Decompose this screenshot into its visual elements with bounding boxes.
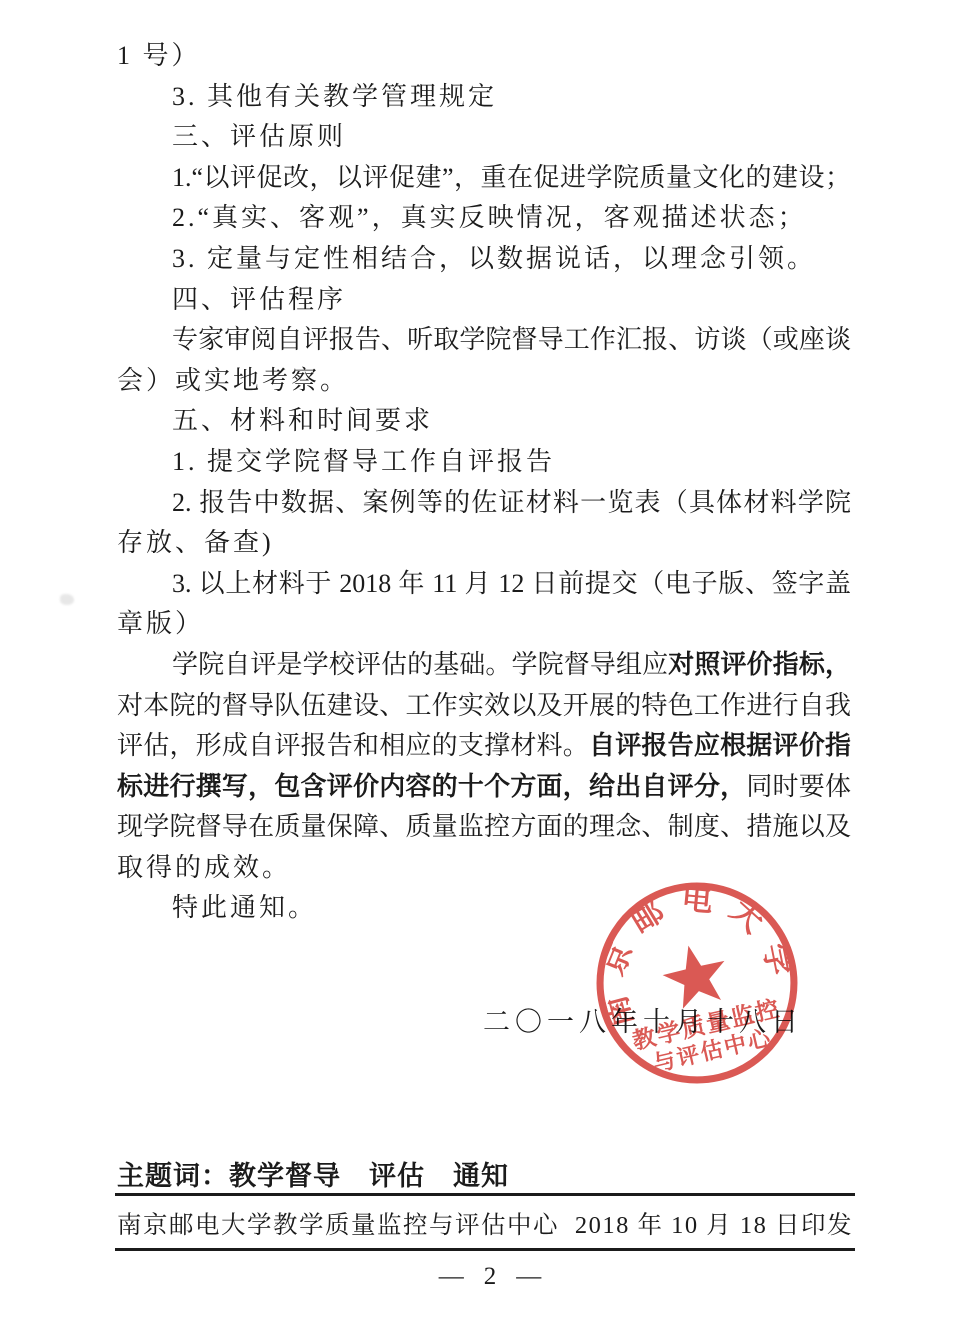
document-line: 章版） [117, 604, 851, 645]
text-segment: 2. 报告中数据、案例等的佐证材料一览表（具体材料学院 [172, 488, 851, 517]
scanned-document-page: 1 号）3. 其他有关教学管理规定三、评估原则1.“以评促改，以评促建”，重在促… [0, 0, 980, 1338]
page-number: —2— [0, 1262, 980, 1292]
document-line: 对本院的督导队伍建设、工作实效以及开展的特色工作进行自我 [117, 686, 851, 727]
text-segment: 章版） [117, 609, 204, 638]
document-line: 五、材料和时间要求 [117, 401, 851, 442]
text-segment: 对本院的督导队伍建设、工作实效以及开展的特色工作进行自我 [117, 691, 851, 720]
document-line: 2. 报告中数据、案例等的佐证材料一览表（具体材料学院 [117, 483, 851, 524]
document-line: 四、评估程序 [117, 280, 851, 321]
text-segment: 会）或实地考察。 [117, 366, 349, 395]
issuer-name: 南京邮电大学教学质量监控与评估中心 [117, 1210, 559, 1242]
page-number-dash-left: — [439, 1263, 464, 1290]
document-line: 3. 其他有关教学管理规定 [117, 77, 851, 118]
text-segment: 四、评估程序 [172, 285, 346, 314]
document-line: 标进行撰写，包含评价内容的十个方面，给出自评分，同时要体 [117, 767, 851, 808]
bold-text-segment: 标进行撰写，包含评价内容的十个方面，给出自评分， [117, 772, 746, 801]
text-segment: 3. 其他有关教学管理规定 [172, 82, 497, 111]
print-date: 2018 年 10 月 18 日印发 [575, 1210, 853, 1242]
document-line: 3. 定量与定性相结合，以数据说话，以理念引领。 [117, 239, 851, 280]
bold-text-segment: 对照评价指标， [668, 650, 851, 679]
keywords-row: 主题词：教学督导 评估 通知 [117, 1160, 852, 1192]
text-segment: 1. 提交学院督导工作自评报告 [172, 447, 555, 476]
document-line: 1. 提交学院督导工作自评报告 [117, 442, 851, 483]
document-line: 1.“以评促改，以评促建”，重在促进学院质量文化的建设； [117, 158, 851, 199]
text-segment: 2.“真实、客观”，真实反映情况，客观描述状态； [172, 203, 807, 232]
text-segment: 3. 定量与定性相结合，以数据说话，以理念引领。 [172, 244, 816, 273]
keywords-value: 教学督导 评估 通知 [229, 1161, 509, 1191]
text-segment: 1 号） [117, 41, 201, 70]
bold-text-segment: 自评报告应根据评价指 [589, 731, 851, 760]
page-number-value: 2 [484, 1263, 497, 1290]
text-segment: 学院自评是学校评估的基础。学院督导组应 [172, 650, 668, 679]
text-segment: 同时要体 [746, 772, 851, 801]
scan-smudge [60, 594, 74, 605]
footer-divider-top [115, 1193, 855, 1196]
text-segment: 3. 以上材料于 2018 年 11 月 12 日前提交（电子版、签字盖 [172, 569, 851, 598]
text-segment: 五、材料和时间要求 [172, 406, 433, 435]
footer-divider-bottom [115, 1248, 855, 1251]
document-line: 评估，形成自评报告和相应的支撑材料。自评报告应根据评价指 [117, 726, 851, 767]
document-line: 会）或实地考察。 [117, 361, 851, 402]
document-line: 2.“真实、客观”，真实反映情况，客观描述状态； [117, 198, 851, 239]
document-lines: 1 号）3. 其他有关教学管理规定三、评估原则1.“以评促改，以评促建”，重在促… [117, 36, 851, 929]
text-segment: 现学院督导在质量保障、质量监控方面的理念、制度、措施以及 [117, 812, 851, 841]
text-segment: 存放、备查) [117, 528, 274, 557]
issuer-row: 南京邮电大学教学质量监控与评估中心 2018 年 10 月 18 日印发 [117, 1210, 853, 1242]
signature-date: 二〇一八年十月十八日 [117, 1001, 851, 1043]
document-line: 存放、备查) [117, 523, 851, 564]
document-line: 三、评估原则 [117, 117, 851, 158]
text-segment: 评估，形成自评报告和相应的支撑材料。 [117, 731, 589, 760]
page-number-dash-right: — [516, 1263, 541, 1290]
document-body: 1 号）3. 其他有关教学管理规定三、评估原则1.“以评促改，以评促建”，重在促… [117, 36, 851, 1043]
text-segment: 1.“以评促改，以评促建”，重在促进学院质量文化的建设； [172, 163, 851, 192]
document-line: 取得的成效。 [117, 848, 851, 889]
text-segment: 三、评估原则 [172, 122, 346, 151]
document-line: 现学院督导在质量保障、质量监控方面的理念、制度、措施以及 [117, 807, 851, 848]
document-line: 特此通知。 [117, 888, 851, 929]
document-line: 3. 以上材料于 2018 年 11 月 12 日前提交（电子版、签字盖 [117, 564, 851, 605]
text-segment: 特此通知。 [172, 893, 317, 922]
keywords-label: 主题词： [117, 1161, 229, 1191]
text-segment: 专家审阅自评报告、听取学院督导工作汇报、访谈（或座谈 [172, 325, 851, 354]
document-line: 专家审阅自评报告、听取学院督导工作汇报、访谈（或座谈 [117, 320, 851, 361]
text-segment: 取得的成效。 [117, 853, 291, 882]
document-line: 1 号） [117, 36, 851, 77]
document-line: 学院自评是学校评估的基础。学院督导组应对照评价指标， [117, 645, 851, 686]
